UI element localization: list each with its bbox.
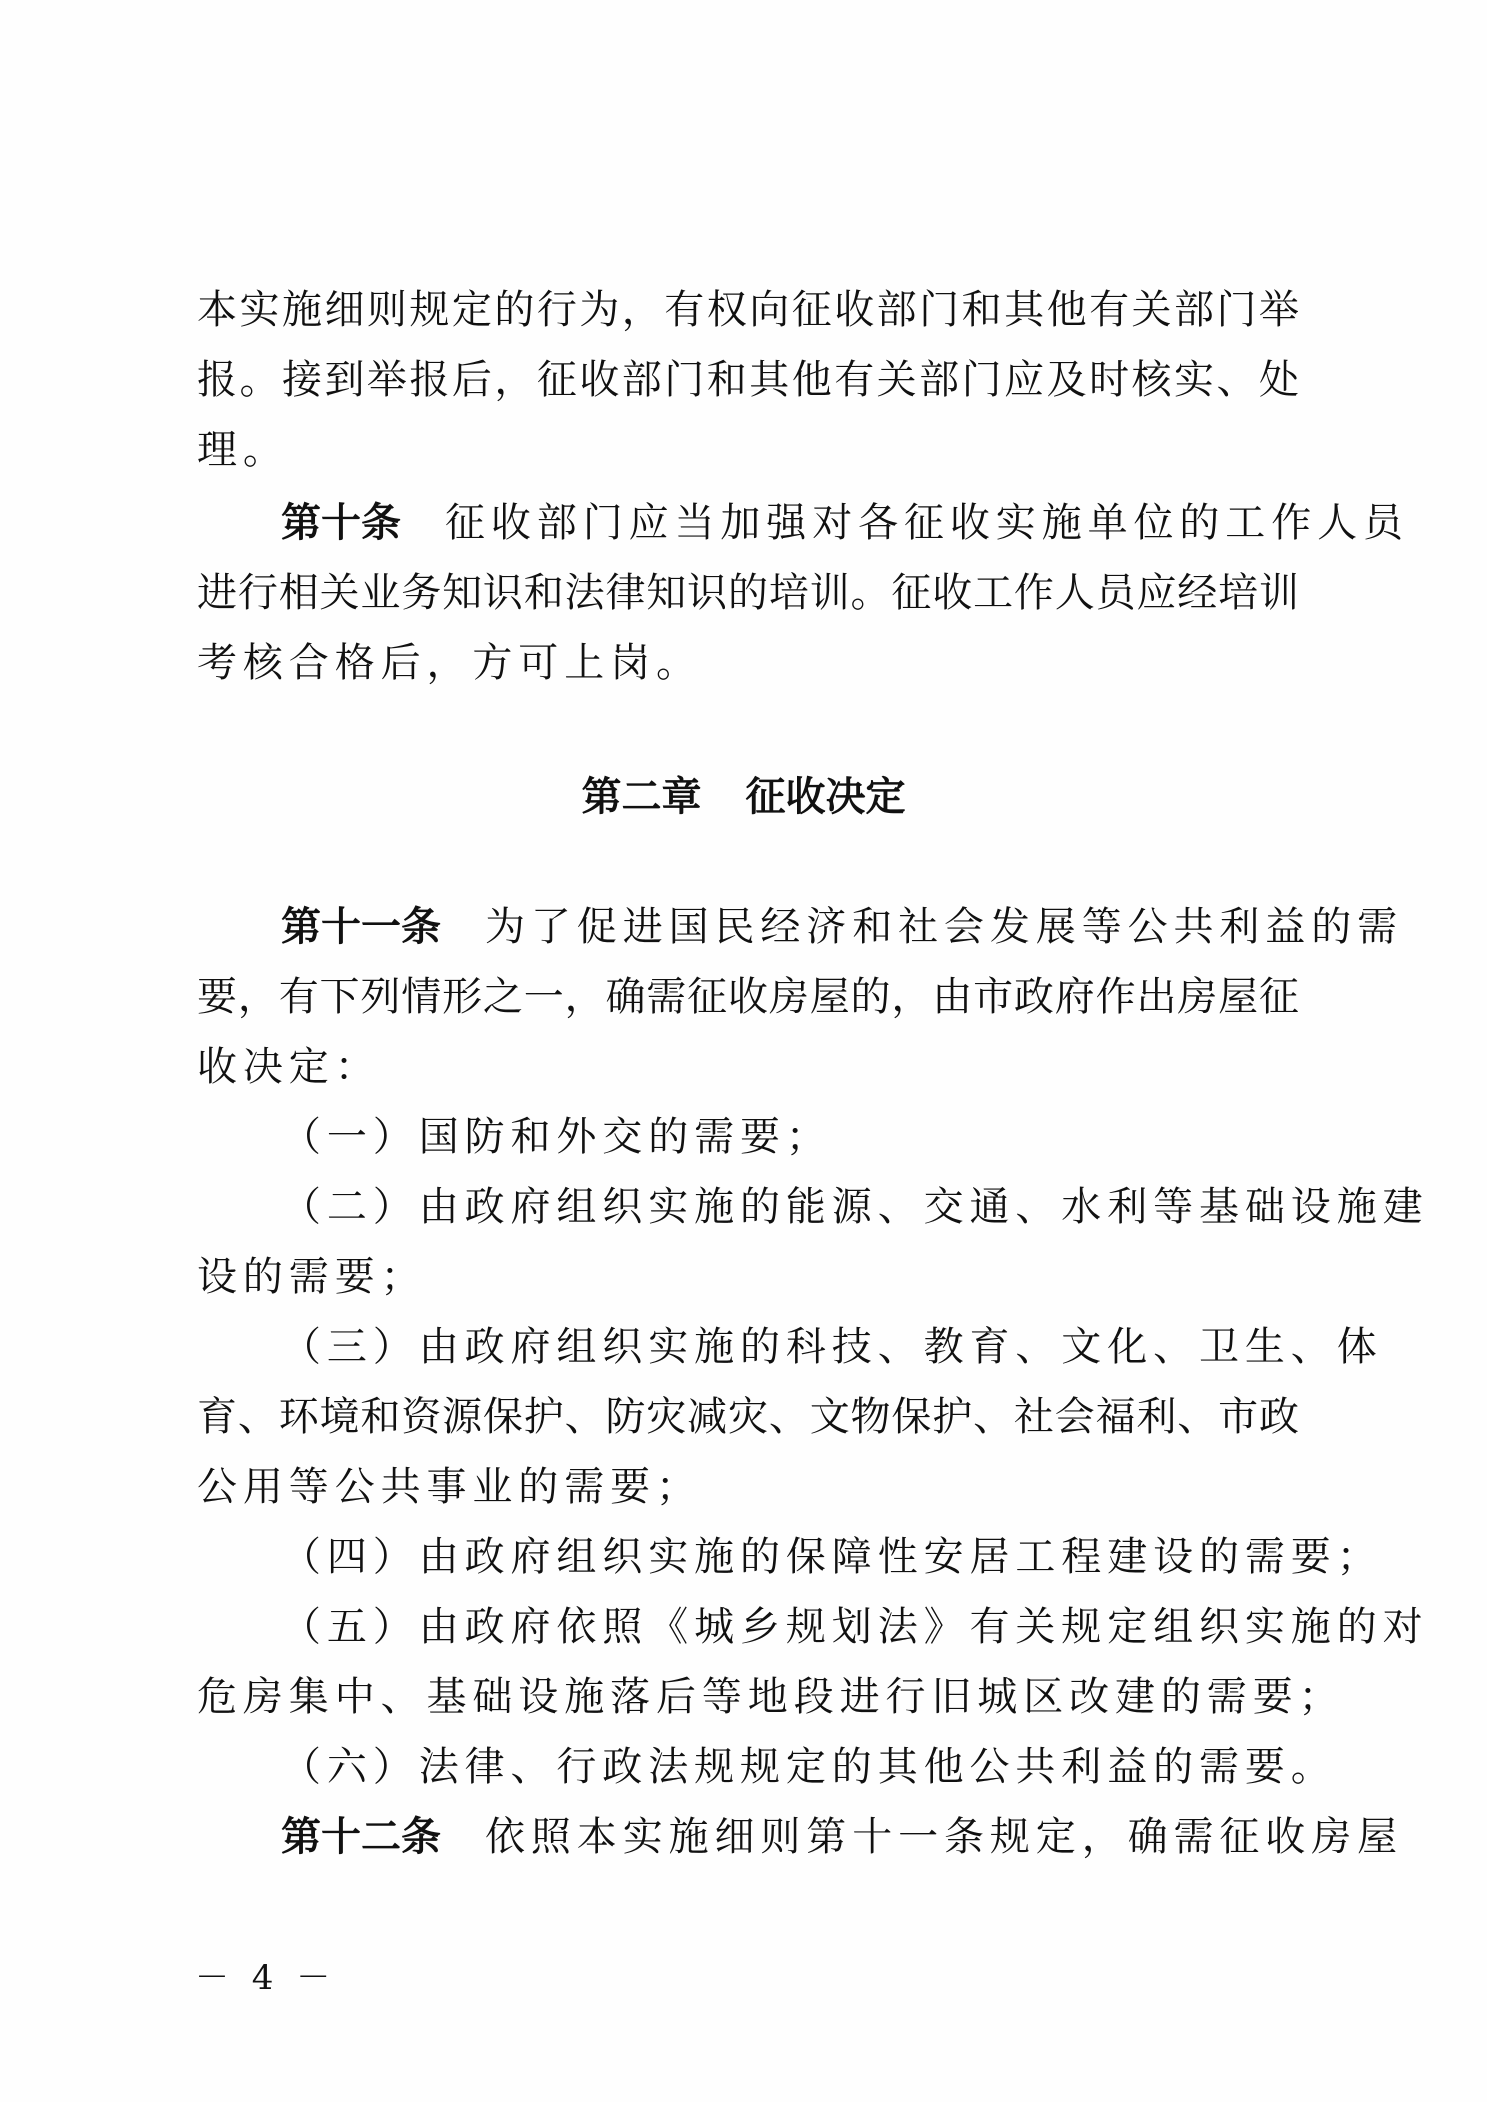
list-item-5-continued: 危房集中、基础设施落后等地段进行旧城区改建的需要； <box>197 1662 1299 1732</box>
article-label: 第十条 <box>281 488 401 558</box>
list-item-6: （六）法律、行政法规规定的其他公共利益的需要。 <box>197 1732 1299 1802</box>
list-marker: （六） <box>281 1744 419 1790</box>
list-text: 由政府组织实施的保障性安居工程建设的需要； <box>419 1534 1383 1580</box>
list-item-5: （五）由政府依照《城乡规划法》有关规定组织实施的对 <box>197 1592 1299 1662</box>
list-marker: （一） <box>281 1114 419 1160</box>
list-item-3-continued: 育、环境和资源保护、防灾减灾、文物保护、社会福利、市政 <box>197 1382 1299 1452</box>
list-text: 由政府组织实施的科技、教育、文化、卫生、体 <box>419 1324 1383 1370</box>
list-marker: （三） <box>281 1324 419 1370</box>
article-label: 第十一条 <box>281 892 441 962</box>
list-text: 由政府依照《城乡规划法》有关规定组织实施的对 <box>419 1604 1429 1650</box>
article-11-first-line: 第十一条为了促进国民经济和社会发展等公共利益的需 <box>197 892 1299 962</box>
list-marker: （四） <box>281 1534 419 1580</box>
list-text: 国防和外交的需要； <box>419 1114 832 1160</box>
paragraph-text: 依照本实施细则第十一条规定，确需征收房屋 <box>485 1814 1403 1860</box>
paragraph-line: 要，有下列情形之一，确需征收房屋的，由市政府作出房屋征 <box>197 962 1299 1032</box>
paragraph-line: 报。接到举报后，征收部门和其他有关部门应及时核实、处 <box>197 345 1299 415</box>
list-item-2-continued: 设的需要； <box>197 1242 1299 1312</box>
list-item-4: （四）由政府组织实施的保障性安居工程建设的需要； <box>197 1522 1299 1592</box>
paragraph-text: 为了促进国民经济和社会发展等公共利益的需 <box>485 904 1403 950</box>
article-12-first-line: 第十二条依照本实施细则第十一条规定，确需征收房屋 <box>197 1802 1299 1872</box>
document-page: 本实施细则规定的行为，有权向征收部门和其他有关部门举 报。接到举报后，征收部门和… <box>0 0 1487 2102</box>
list-item-3-continued: 公用等公共事业的需要； <box>197 1452 1299 1522</box>
article-label: 第十二条 <box>281 1802 441 1872</box>
paragraph-line: 收决定： <box>197 1032 1299 1102</box>
paragraph-line: 本实施细则规定的行为，有权向征收部门和其他有关部门举 <box>197 275 1299 345</box>
paragraph-text: 征收部门应当加强对各征收实施单位的工作人员 <box>445 500 1409 546</box>
list-text: 由政府组织实施的能源、交通、水利等基础设施建 <box>419 1184 1429 1230</box>
chapter-title: 征收决定 <box>746 774 906 820</box>
list-marker: （五） <box>281 1604 419 1650</box>
paragraph-line: 进行相关业务知识和法律知识的培训。征收工作人员应经培训 <box>197 558 1299 628</box>
list-item-2: （二）由政府组织实施的能源、交通、水利等基础设施建 <box>197 1172 1299 1242</box>
list-item-1: （一）国防和外交的需要； <box>197 1102 1299 1172</box>
list-text: 法律、行政法规规定的其他公共利益的需要。 <box>419 1744 1337 1790</box>
list-marker: （二） <box>281 1184 419 1230</box>
article-10-first-line: 第十条征收部门应当加强对各征收实施单位的工作人员 <box>197 488 1299 558</box>
list-item-3: （三）由政府组织实施的科技、教育、文化、卫生、体 <box>197 1312 1299 1382</box>
chapter-heading: 第二章征收决定 <box>0 762 1487 832</box>
page-number: － 4 － <box>195 1958 336 1998</box>
paragraph-line: 理。 <box>197 415 1299 485</box>
chapter-number: 第二章 <box>582 774 702 820</box>
paragraph-line: 考核合格后，方可上岗。 <box>197 628 1299 698</box>
